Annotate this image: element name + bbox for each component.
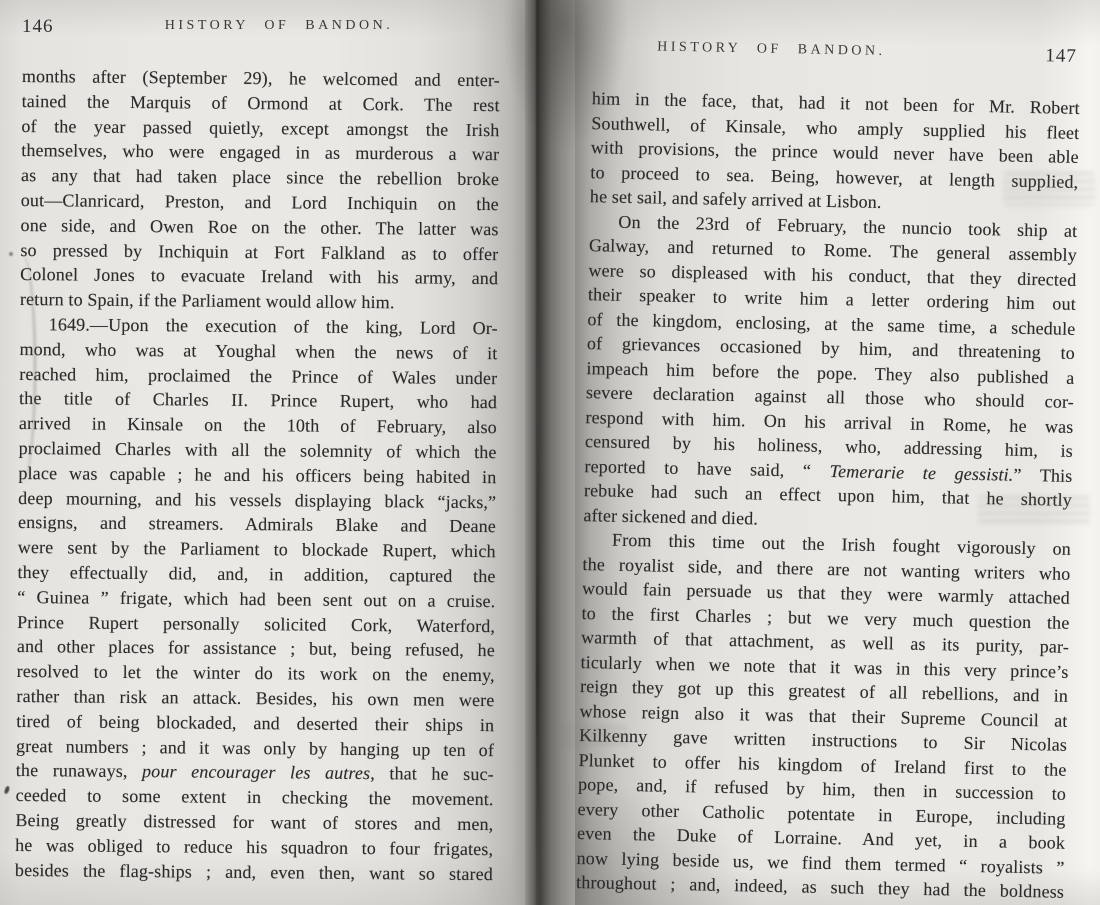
page-146-header: 146 HISTORY OF BANDON.	[22, 18, 500, 38]
text-line: proclaimed Charles with all the solemnit…	[19, 436, 497, 465]
paragraph: months after (September 29), he welcomed…	[20, 64, 500, 316]
running-head-left: HISTORY OF BANDON.	[22, 18, 500, 34]
ink-speck	[9, 252, 13, 256]
text-line: he was obliged to reduce his squadron to…	[15, 833, 493, 862]
text-line: tained the Marquis of Ormond at Cork. Th…	[22, 89, 500, 118]
page-number-left: 146	[22, 16, 54, 38]
bleed-through-smudge	[1003, 172, 1095, 206]
text-line: “ Guinea ” frigate, which had been sent …	[17, 585, 495, 614]
text-line: tired of being blockaded, and deserted t…	[16, 709, 494, 738]
paragraph: 1649.—Upon the execution of the king, Lo…	[15, 312, 498, 886]
page-number-right: 147	[1045, 45, 1077, 68]
page-crease	[8, 253, 36, 483]
text-line: 1649.—Upon the execution of the king, Lo…	[20, 312, 498, 341]
paragraph: On the 23rd of February, the nuncio took…	[583, 209, 1077, 537]
text-line: one side, and Owen Roe on the other. The…	[20, 213, 498, 242]
bleed-through-smudge	[562, 726, 628, 748]
paragraph: From this time out the Irish fought vigo…	[576, 527, 1071, 904]
text-line: they effectually did, and, in addition, …	[17, 560, 495, 589]
book-scan: 146 HISTORY OF BANDON. months after (Sep…	[0, 0, 1100, 905]
text-line: mond, who was at Youghal when the news o…	[19, 337, 497, 366]
text-line: Being greatly distressed for want of sto…	[15, 808, 493, 837]
page-147: HISTORY OF BANDON. 147 him in the face, …	[561, 38, 1083, 904]
text-line: besides the flag-ships ; and, even then,…	[15, 857, 493, 886]
text-line: place was capable ; he and his officers …	[18, 461, 496, 490]
text-line: out—Clanricard, Preston, and Lord Inchiq…	[21, 188, 499, 217]
text-line: rather than risk an attack. Besides, his…	[16, 684, 494, 713]
bleed-through-smudge	[978, 496, 1090, 524]
page-146-body: months after (September 29), he welcomed…	[15, 64, 500, 886]
page-146: 146 HISTORY OF BANDON. months after (Sep…	[22, 18, 500, 882]
